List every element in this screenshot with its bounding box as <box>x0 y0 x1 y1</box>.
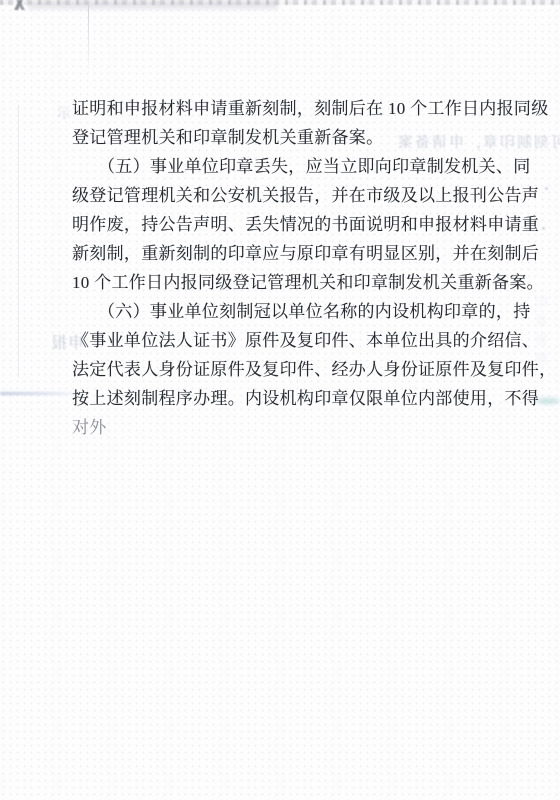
text-line-10: 法定代表人身份证原件及复印件、经办人身份证原件及复印件， <box>72 355 524 384</box>
crease-line-left <box>18 105 19 377</box>
text-line-11: 按上述刻制程序办理。内设机构印章仅限单位内部使用，不得 <box>72 384 524 413</box>
text-line-1: 证明和申报材料申请重新刻制，刻制后在 10 个工作日内报同级 <box>72 94 524 123</box>
text-line-4: 级登记管理机关和公安机关报告，并在市级及以上报刊公告声 <box>72 181 524 210</box>
text-line-9: 《事业单位法人证书》原件及复印件、本单位出具的介绍信、 <box>72 326 524 355</box>
text-line-8: （六）事业单位刻制冠以单位名称的内设机构印章的，持 <box>72 297 524 326</box>
scanner-streak-left <box>0 392 82 395</box>
text-line-6: 新刻制，重新刻制的印章应与原印章有明显区别，并在刻制后 <box>72 239 524 268</box>
text-line-5: 明作废，持公告声明、丢失情况的书面说明和申报材料申请重 <box>72 210 524 239</box>
text-line-7: 10 个工作日内报同级登记管理机关和印章制发机关重新备案。 <box>72 268 524 297</box>
corner-ink-mark <box>11 0 31 10</box>
text-line-3: （五）事业单位印章丢失，应当立即向印章制发机关、同 <box>72 152 524 181</box>
text-line-2: 登记管理机关和印章制发机关重新备案。 <box>72 123 524 152</box>
dust-speck <box>542 227 545 230</box>
crease-line-top <box>88 4 89 76</box>
document-text-block: 证明和申报材料申请重新刻制，刻制后在 10 个工作日内报同级登记管理机关和印章制… <box>72 94 524 442</box>
scan-top-edge-smudge <box>28 1 278 9</box>
scanner-smudge-right <box>536 398 560 404</box>
ink-bleedthrough-left-margin: 示 <box>57 103 71 123</box>
scanned-document-page: { "page": { "type": "scanned-document", … <box>0 0 560 800</box>
dust-speck <box>545 187 548 190</box>
text-line-12: 对外 <box>72 413 524 442</box>
